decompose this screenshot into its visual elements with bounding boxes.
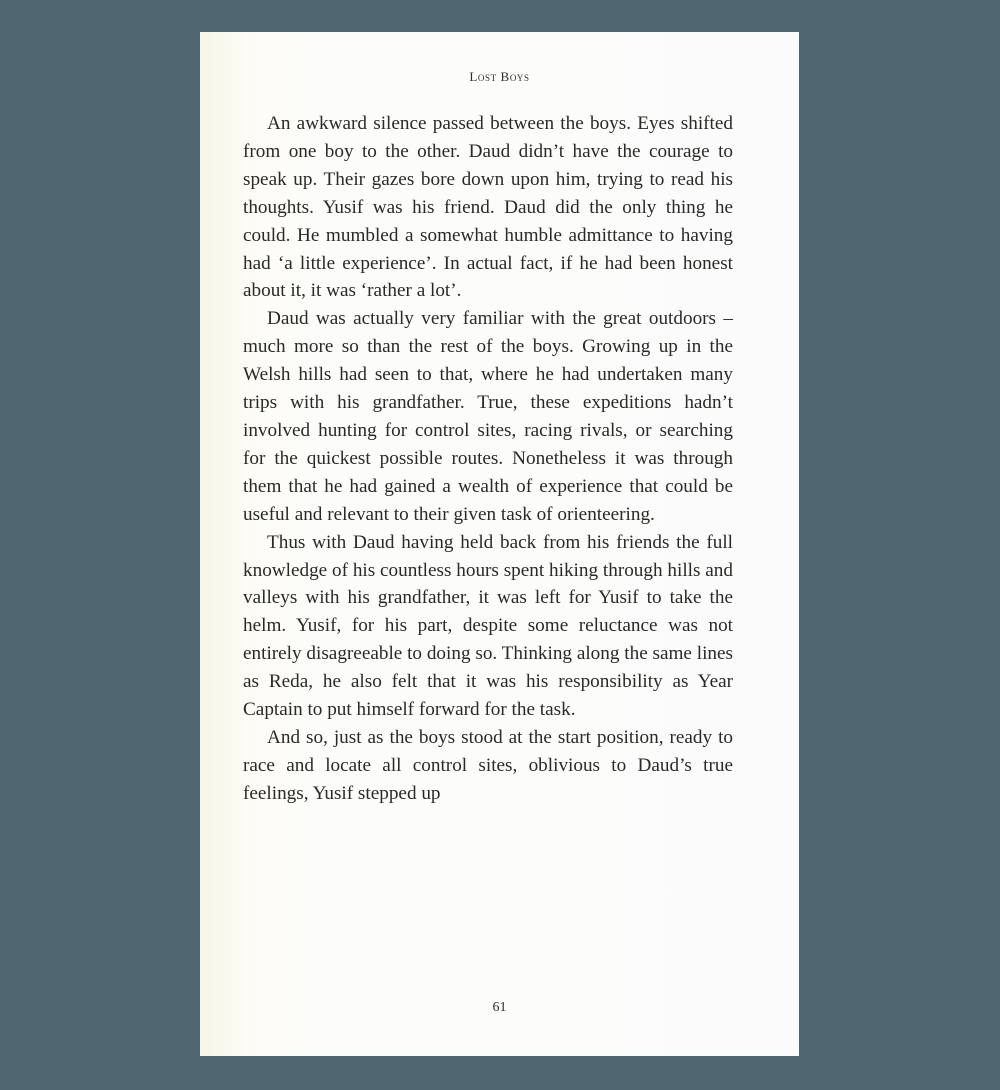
paragraph: Daud was actually very familiar with the… bbox=[243, 305, 733, 528]
book-page: Lost Boys An awkward silence passed betw… bbox=[200, 32, 799, 1056]
paragraph: Thus with Daud having held back from his… bbox=[243, 529, 733, 724]
running-head: Lost Boys bbox=[200, 69, 799, 85]
paragraph: An awkward silence passed between the bo… bbox=[243, 110, 733, 305]
page-number: 61 bbox=[200, 1000, 799, 1016]
body-text: An awkward silence passed between the bo… bbox=[243, 110, 733, 808]
paragraph: And so, just as the boys stood at the st… bbox=[243, 724, 733, 808]
